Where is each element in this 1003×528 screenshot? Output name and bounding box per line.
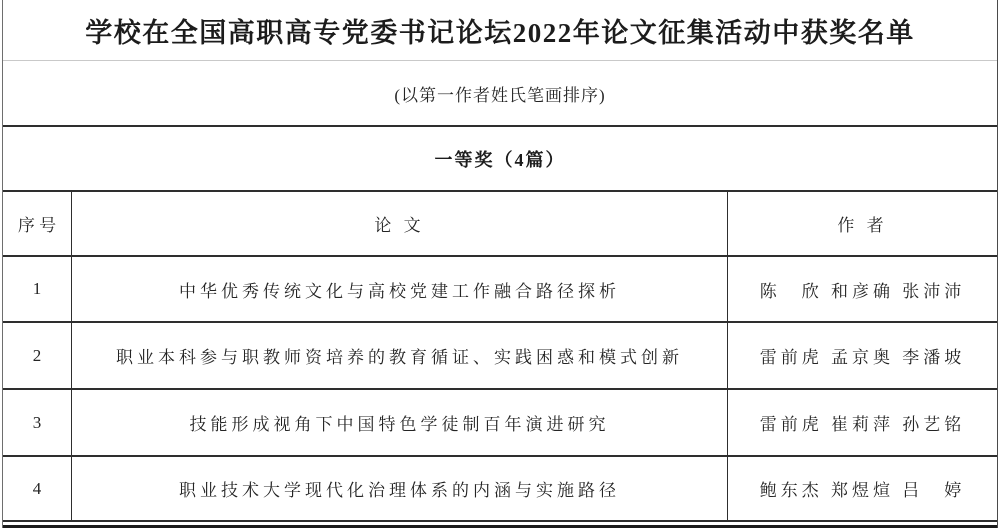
authors-cell: 陈 欣 和彦确 张沛沛: [728, 257, 997, 321]
table-row: 2 职业本科参与职教师资培养的教育循证、实践困惑和模式创新 雷前虎 孟京奥 李潘…: [3, 323, 997, 390]
serial-number-cell: 2: [3, 323, 71, 388]
table-bottom-edge: [3, 522, 997, 528]
document-title: 学校在全国高职高专党委书记论坛2022年论文征集活动中获奖名单: [3, 0, 997, 61]
paper-title-cell: 技能形成视角下中国特色学徒制百年演进研究: [71, 390, 728, 455]
award-list-document: 学校在全国高职高专党委书记论坛2022年论文征集活动中获奖名单 (以第一作者姓氏…: [2, 0, 998, 528]
column-header-authors: 作 者: [728, 192, 997, 255]
section-header-first-prize: 一等奖（4篇）: [3, 127, 997, 192]
paper-title-cell: 职业本科参与职教师资培养的教育循证、实践困惑和模式创新: [71, 323, 728, 388]
paper-title-cell: 职业技术大学现代化治理体系的内涵与实施路径: [71, 457, 728, 520]
column-header-serial-number: 序 号: [3, 192, 71, 255]
serial-number-cell: 3: [3, 390, 71, 455]
table-row: 3 技能形成视角下中国特色学徒制百年演进研究 雷前虎 崔莉萍 孙艺铭: [3, 390, 997, 457]
column-header-paper-title: 论 文: [71, 192, 728, 255]
serial-number-cell: 1: [3, 257, 71, 321]
table-row: 4 职业技术大学现代化治理体系的内涵与实施路径 鲍东杰 郑煜煊 吕 婷: [3, 457, 997, 522]
authors-cell: 雷前虎 崔莉萍 孙艺铭: [728, 390, 997, 455]
table-row: 1 中华优秀传统文化与高校党建工作融合路径探析 陈 欣 和彦确 张沛沛: [3, 257, 997, 323]
document-subtitle: (以第一作者姓氏笔画排序): [3, 61, 997, 127]
serial-number-cell: 4: [3, 457, 71, 520]
paper-title-cell: 中华优秀传统文化与高校党建工作融合路径探析: [71, 257, 728, 321]
authors-cell: 鲍东杰 郑煜煊 吕 婷: [728, 457, 997, 520]
table-header-row: 序 号 论 文 作 者: [3, 192, 997, 257]
authors-cell: 雷前虎 孟京奥 李潘坡: [728, 323, 997, 388]
